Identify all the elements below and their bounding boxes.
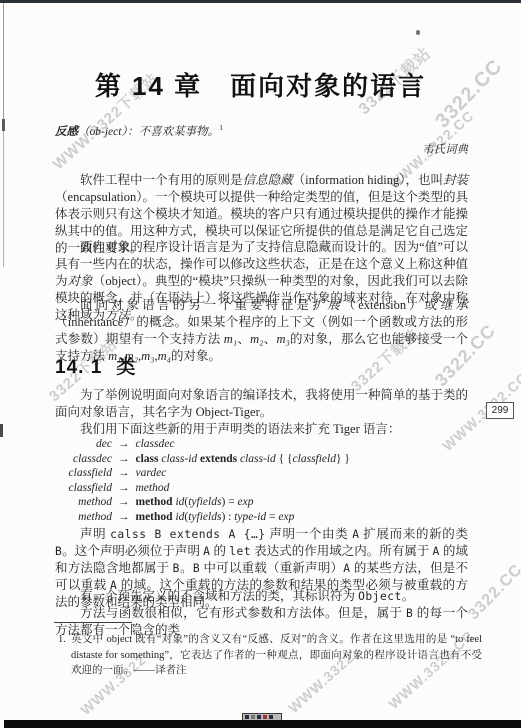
grammar-lhs: classfield	[38, 481, 112, 496]
grammar-lhs: classdec	[38, 452, 112, 467]
grammar-arrow: →	[118, 452, 130, 467]
grammar-arrow: →	[118, 510, 130, 525]
paragraph-object-class: 有一个预先定义的不含域和方法的类，其标识符为 Object。	[55, 588, 468, 605]
epigraph-quote: 反感（ob-ject）：不喜欢某事物。1	[55, 124, 468, 141]
footnote-separator	[54, 622, 132, 623]
footnote-text: 英文中 object 既有“对象”的含义又有“反感、反对”的含义。作者在这里选用…	[71, 634, 482, 676]
scan-top-edge	[0, 0, 521, 3]
stamp-pixel	[251, 715, 255, 719]
section-title: 类	[116, 357, 135, 378]
scan-bottom-bar	[4, 720, 521, 728]
grammar-lhs: classfield	[38, 466, 112, 481]
footnote-marker: 1.	[58, 632, 66, 648]
grammar-arrow: →	[118, 437, 130, 452]
grammar-rhs: class class-id extends class-id { {class…	[136, 452, 469, 467]
grammar-rule: method → method id(tyfields) : type-id =…	[38, 510, 468, 525]
section-heading: 14. 1类	[55, 352, 135, 379]
grammar-arrow: →	[118, 495, 130, 510]
stamp-pixel	[269, 715, 273, 719]
grammar-rhs: method id(tyfields) : type-id = exp	[136, 510, 469, 525]
page-number-badge: 299	[486, 402, 514, 419]
grammar-arrow: →	[118, 481, 130, 496]
epigraph-attribution: 韦氏词典	[55, 141, 468, 157]
grammar-rhs: vardec	[136, 466, 469, 481]
section-number: 14. 1	[55, 357, 102, 378]
scanned-book-page: WWW.3322下载站3322下载站3322.CCWWW.3322.CC3322…	[0, 0, 521, 728]
grammar-block: dec → classdec classdec → class class-id…	[38, 437, 468, 525]
stamp-pixel	[245, 715, 249, 719]
grammar-rule: classdec → class class-id extends class-…	[38, 452, 468, 467]
grammar-lhs: dec	[38, 437, 112, 452]
scan-left-edge-line	[3, 3, 4, 125]
stamp-pixel	[263, 715, 267, 719]
grammar-rhs: classdec	[136, 437, 469, 452]
grammar-lhs: method	[38, 495, 112, 510]
scan-left-edge-tick	[0, 424, 3, 437]
grammar-arrow: →	[118, 466, 130, 481]
paragraph-object-tiger: 为了举例说明面向对象语言的编译技术，我将使用一种简单的基于类的面向对象语言，其名…	[55, 387, 468, 421]
grammar-lhs: method	[38, 510, 112, 525]
grammar-rule: classfield → vardec	[38, 466, 468, 481]
grammar-rule: dec → classdec	[38, 437, 468, 452]
paragraph-grammar-intro: 我们用下面这些新的用于声明类的语法来扩充 Tiger 语言：	[55, 421, 468, 438]
grammar-rhs: method	[136, 481, 469, 496]
chapter-title: 第 14 章 面向对象的语言	[0, 66, 521, 103]
grammar-rule: method → method id(tyfields) = exp	[38, 495, 468, 510]
watermark-text: 3322.CC	[465, 561, 521, 624]
stamp-pixel	[257, 715, 261, 719]
ink-speck	[416, 30, 420, 35]
scan-left-edge-knot	[2, 119, 5, 131]
grammar-rule: classfield → method	[38, 481, 468, 496]
footnote: 1. 英文中 object 既有“对象”的含义又有“反感、反对”的含义。作者在这…	[58, 632, 482, 679]
scan-left-edge-line-lower	[3, 131, 4, 267]
grammar-rhs: method id(tyfields) = exp	[136, 495, 469, 510]
